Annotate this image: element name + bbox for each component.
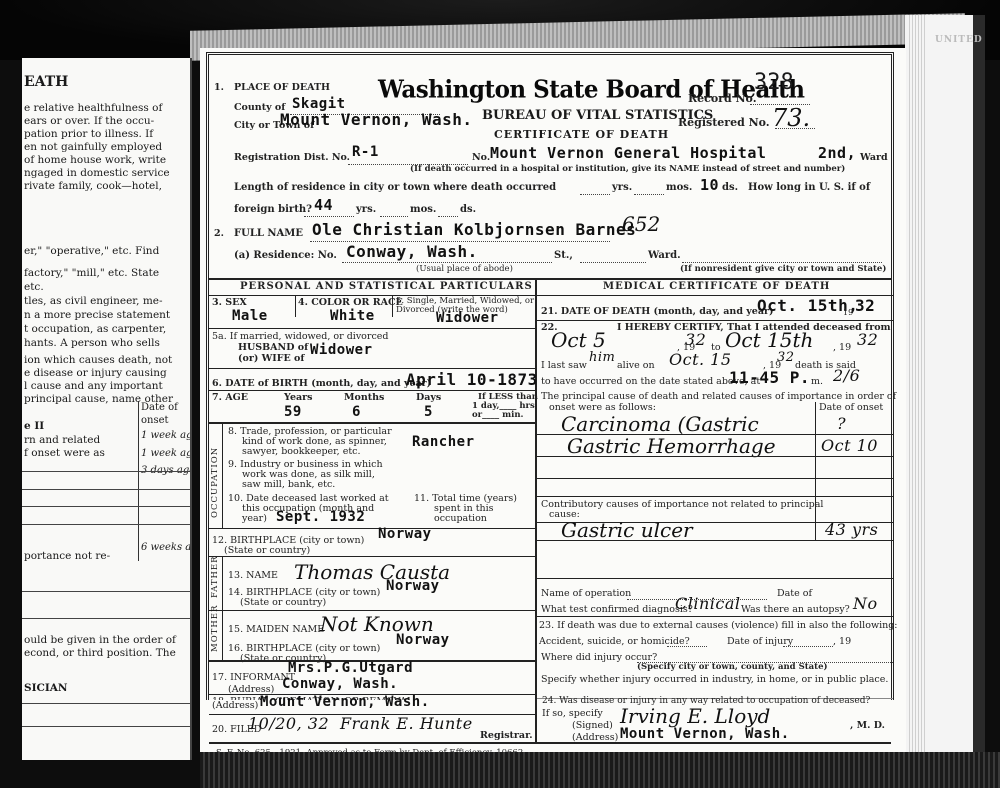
onset-header: Date of onset: [139, 401, 192, 427]
external-causes-label: 23. If death was due to external causes …: [539, 620, 898, 631]
left-partial-page: EATH e relative healthfulness of ears or…: [22, 58, 192, 760]
attended-to-year: 32: [857, 330, 878, 349]
attended-from-value: Oct 5: [551, 328, 606, 352]
operation-date-label: Date of: [777, 588, 812, 599]
left-page-contributory-label: portance not re-: [24, 550, 186, 563]
divider: [22, 489, 192, 490]
alive-on-label: alive on: [617, 360, 655, 371]
registrar-label: Registrar.: [480, 730, 533, 741]
registrar-signature: Frank E. Hunte: [340, 714, 473, 733]
principal-cause-1: Carcinoma (Gastric: [561, 412, 759, 436]
divider: [22, 506, 192, 507]
left-page-instructions-top: e relative healthfulness of ears or over…: [24, 102, 186, 193]
time-m-label: m.: [811, 376, 823, 387]
contributory-label: Contributory causes of importance not re…: [541, 500, 823, 520]
autopsy-value: No: [853, 594, 878, 613]
physician-address-value: Mount Vernon, Wash.: [620, 726, 790, 742]
injury-specify-label: Specify whether injury occurred in indus…: [541, 674, 888, 685]
attended-to-year-prefix: , 19: [833, 342, 851, 353]
time-of-death-value: 11-45 P.: [729, 368, 810, 387]
operation-label: Name of operation: [541, 588, 631, 599]
left-page-instructions-cause: ion which causes death, not e disease or…: [24, 354, 186, 406]
divider: [22, 471, 192, 472]
last-saw-pronoun: him: [589, 350, 615, 365]
diagnosis-label: What test confirmed diagnosis?: [541, 604, 693, 615]
principal-cause-2: Gastric Hemorrhage: [567, 434, 776, 458]
undertaker-address-label: (Address): [212, 700, 258, 711]
left-page-heading: EATH: [24, 76, 68, 89]
signed-label: (Signed): [572, 720, 613, 731]
date-of-onset-label: Date of onset: [819, 402, 883, 413]
page-behind-right: UNITED: [905, 15, 985, 770]
undertaker-address-value: Mount Vernon, Wash.: [260, 694, 430, 710]
diagnosis-value: Clinical: [675, 594, 741, 613]
dod-year-prefix: 19: [843, 308, 853, 317]
last-saw-date: Oct. 15: [669, 350, 732, 369]
filed-value: 10/20, 32: [248, 714, 329, 733]
injury-where-note: (Specify city or town, county, and State…: [637, 662, 828, 672]
divider: [22, 726, 192, 727]
dod-year: 32: [855, 296, 875, 315]
medical-header: MEDICAL CERTIFICATE OF DEATH: [603, 281, 830, 292]
medical-certificate: MEDICAL CERTIFICATE OF DEATH 21. DATE OF…: [537, 48, 907, 768]
md-label: , M. D.: [850, 720, 885, 731]
if-so-label: If so, specify: [542, 708, 603, 719]
contributory-cause-1: Gastric ulcer: [561, 518, 693, 542]
left-page-instructions-mid: er," "operative," etc. Find factory," "m…: [24, 244, 186, 350]
attended-to-value: Oct 15th: [725, 328, 813, 352]
divider: [22, 618, 192, 619]
attended-from-year: 32: [685, 330, 706, 349]
principal-cause-2-onset: Oct 10: [821, 436, 878, 455]
page-behind-stamp: UNITED: [935, 35, 983, 45]
dod-label: 21. DATE OF DEATH (month, day, and year): [541, 306, 774, 317]
last-saw-year: 32: [777, 350, 795, 365]
scan-background-bottom: [200, 752, 1000, 788]
time-annotation: 2/6: [833, 366, 860, 385]
divider: [22, 524, 192, 525]
stacked-page-edges: [909, 15, 927, 770]
autopsy-label: Was there an autopsy?: [741, 604, 850, 615]
last-saw-label: I last saw: [541, 360, 587, 371]
principal-cause-label: The principal cause of death and related…: [541, 391, 896, 402]
left-page-physician-label: SICIAN: [24, 682, 186, 695]
left-page-order-note: ould be given in the order of econd, or …: [24, 634, 186, 660]
contributory-cause-1-onset: 43 yrs: [825, 520, 878, 539]
injury-year-prefix: , 19: [833, 636, 851, 647]
physician-signature: Irving E. Lloyd: [620, 704, 770, 728]
divider: [22, 591, 192, 592]
principal-cause-1-onset: ?: [837, 414, 846, 433]
left-page-onset-table: Date of onset 1 week ago 1 week ago 3 da…: [138, 401, 192, 561]
onset-value: 1 week ago: [141, 447, 192, 460]
left-page-onset-intro: rn and related f onset were as: [24, 434, 124, 460]
divider: [22, 703, 192, 704]
onset-value: 1 week ago: [141, 429, 192, 442]
occurred-label: to have occurred on the date stated abov…: [541, 376, 760, 387]
